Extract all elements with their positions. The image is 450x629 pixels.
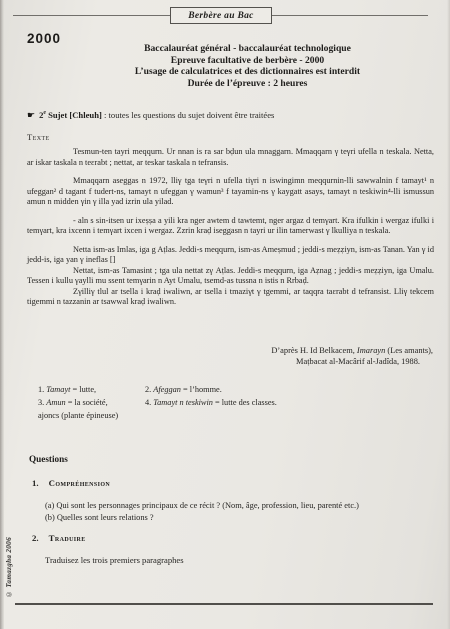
subject-title: Sujet (46, 110, 69, 120)
attribution-line-1: D’après H. Id Belkacem, Imarayn (Les ama… (173, 346, 433, 357)
footnote-extra: ajoncs (plante épineuse) (38, 411, 408, 421)
question-2-body: Traduisez les trois premiers paragraphes (45, 555, 184, 565)
subject-dialect: [Chleuh] (69, 110, 101, 120)
paragraph-3: - aln s sin-itsen ur ixeṣṣa a yili kra n… (27, 216, 434, 237)
question-1-items: (a) Qui sont les personnages principaux … (45, 500, 437, 524)
banner-box: Berbère au Bac (170, 7, 272, 24)
berber-text: Tesmun-ten tayri meqqurn. Ur nnan is ra … (27, 147, 434, 308)
paragraph-4: Netta ism-as Imlas, iga g Aṭlas. Jeddi-s… (27, 245, 434, 266)
question-1a: (a) Qui sont les personnages principaux … (45, 500, 437, 512)
title-line-4: Durée de l’épreuve : 2 heures (55, 78, 440, 90)
texte-section-label: Texte (27, 132, 50, 142)
questions-heading: Questions (29, 454, 68, 464)
footnote-3-term: Amun (46, 398, 65, 407)
scanned-exam-page: Berbère au Bac 2000 Baccalauréat général… (0, 0, 450, 629)
pointing-hand-icon: ☛ (27, 111, 35, 121)
bottom-rule (15, 603, 433, 605)
question-2-num: 2. (32, 533, 39, 543)
footnote-2: 2. Afeggan = l’homme. (145, 385, 408, 395)
footnote-4-term: Tamayt n teskiwin (153, 398, 213, 407)
footnotes: 1. Tamayt = lutte, 2. Afeggan = l’homme.… (38, 385, 408, 421)
page-left-shadow (0, 0, 4, 629)
footnote-1-def: = lutte, (70, 385, 96, 394)
title-line-3: L’usage de calculatrices et des dictionn… (55, 66, 440, 78)
attribution-work-title: Imarayn (357, 346, 385, 355)
footnote-1: 1. Tamayt = lutte, (38, 385, 145, 395)
question-1-num: 1. (32, 478, 39, 488)
question-1b: (b) Quelles sont leurs relations ? (45, 512, 437, 524)
subject-number: 2e Sujet [Chleuh] (39, 110, 102, 120)
footnote-4: 4. Tamayt n teskiwin = lutte des classes… (145, 398, 408, 408)
footnote-2-term: Afeggan (153, 385, 181, 394)
paragraph-5: Nettat, ism-as Tamasint ; tga ula nettat… (27, 266, 434, 287)
footnote-4-def: = lutte des classes. (213, 398, 277, 407)
question-1-label: Compréhension (49, 478, 111, 488)
footnote-2-def: = l’homme. (181, 385, 222, 394)
attribution-suffix: (Les amants), (385, 346, 433, 355)
footnote-3: 3. Amun = la société, (38, 398, 145, 408)
question-1-title: 1.Compréhension (32, 478, 110, 488)
banner-title: Berbère au Bac (188, 11, 253, 21)
subject-instruction: : toutes les questions du sujet doivent … (102, 110, 275, 120)
paragraph-6: Zγilliγ tlul ar tsella i kraḍ iwaliwn, a… (27, 287, 434, 308)
question-2-title: 2.Traduire (32, 533, 86, 543)
copyright-vertical: © Tamazgha 2006 (5, 524, 13, 598)
footnote-1-term: Tamayt (46, 385, 70, 394)
footnote-3-def: = la société, (66, 398, 108, 407)
source-attribution: D’après H. Id Belkacem, Imarayn (Les ama… (173, 346, 433, 368)
paragraph-2: Mmaqqarn aseggas n 1972, lliγ tga teγri … (27, 176, 434, 208)
attribution-prefix: D’après H. Id Belkacem, (271, 346, 357, 355)
subject-line: ☛2e Sujet [Chleuh] : toutes les question… (27, 110, 427, 121)
title-line-1: Baccalauréat général - baccalauréat tech… (55, 43, 440, 55)
paragraph-1: Tesmun-ten tayri meqqurn. Ur nnan is ra … (27, 147, 434, 168)
question-2-label: Traduire (49, 533, 86, 543)
title-line-2: Epreuve facultative de berbère - 2000 (55, 55, 440, 67)
title-block: Baccalauréat général - baccalauréat tech… (55, 43, 440, 89)
attribution-line-2: Maṭbacat al-Macârif al-Jadîda, 1988. (173, 357, 433, 368)
